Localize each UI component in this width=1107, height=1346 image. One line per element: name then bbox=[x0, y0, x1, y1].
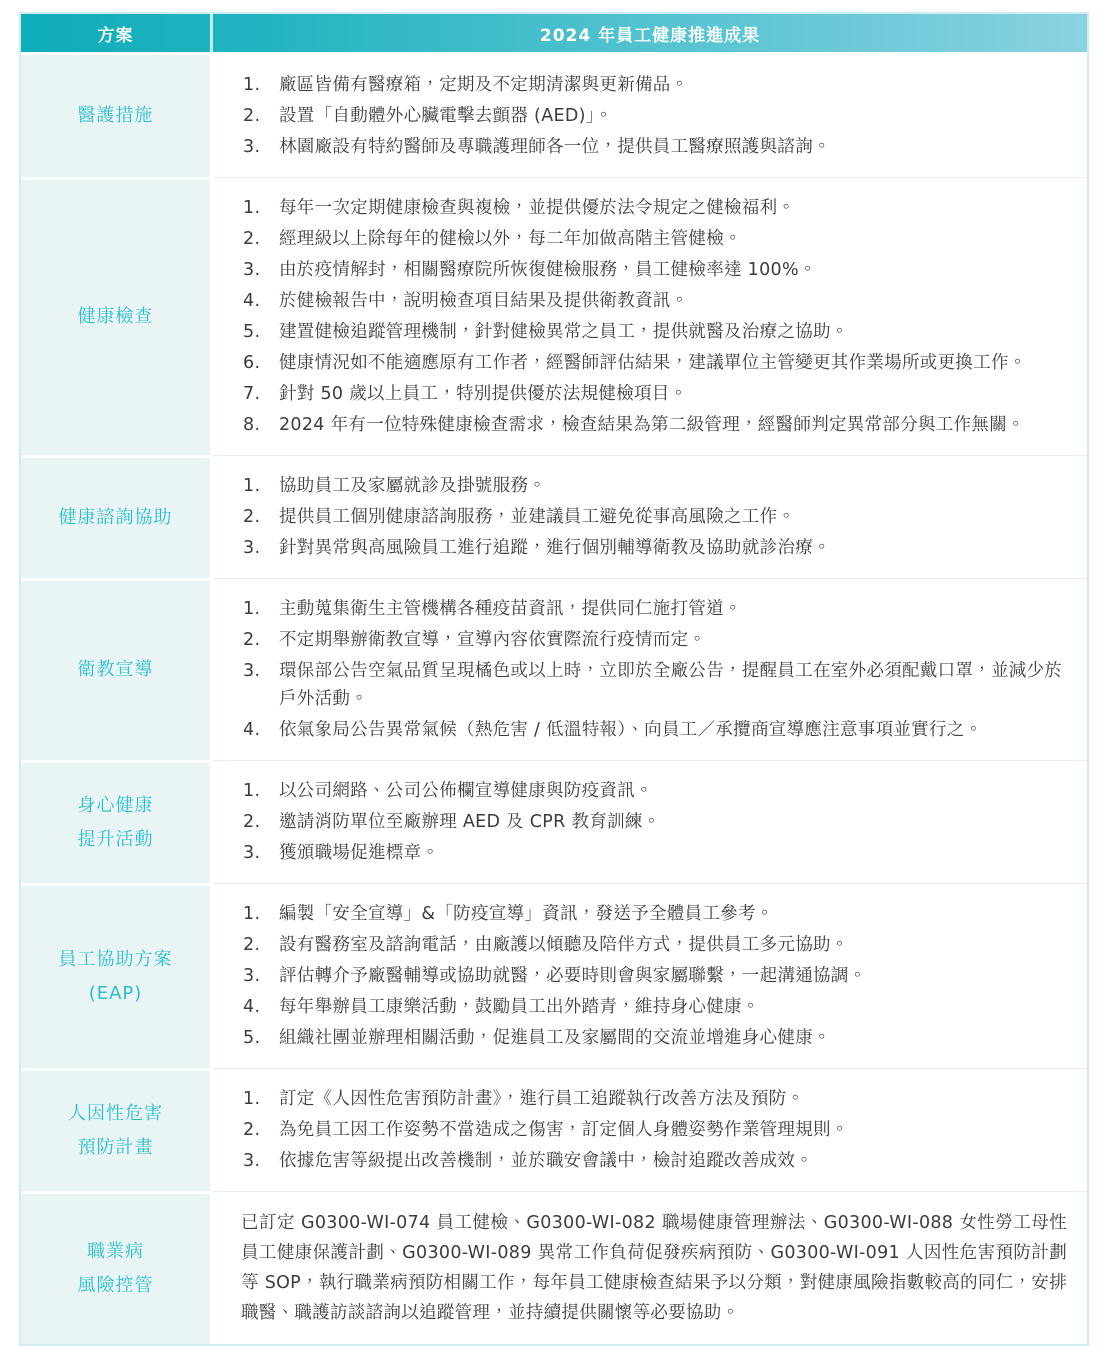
program-label: 衛教宣導 bbox=[78, 653, 154, 687]
header-program: 方案 bbox=[21, 14, 210, 52]
results-list: 訂定《人因性危害預防計畫》，進行員工追蹤執行改善方法及預防。 為免員工因工作姿勢… bbox=[241, 1085, 1067, 1175]
results-cell: 主動蒐集衛生主管機構各種疫苗資訊，提供同仁施打管道。 不定期舉辦衛教宣導，宣導內… bbox=[213, 578, 1087, 760]
result-item: 環保部公告空氣品質呈現橘色或以上時，立即於全廠公告，提醒員工在室外必須配戴口罩，… bbox=[241, 657, 1067, 713]
result-item: 訂定《人因性危害預防計畫》，進行員工追蹤執行改善方法及預防。 bbox=[241, 1085, 1067, 1113]
result-item: 評估轉介予廠醫輔導或協助就醫，必要時則會與家屬聯繫，一起溝通協調。 bbox=[241, 962, 1067, 990]
result-item: 編製「安全宣導」&「防疫宣導」資訊，發送予全體員工參考。 bbox=[241, 900, 1067, 928]
result-item: 設有醫務室及諮詢電話，由廠護以傾聽及陪伴方式，提供員工多元協助。 bbox=[241, 931, 1067, 959]
results-list: 編製「安全宣導」&「防疫宣導」資訊，發送予全體員工參考。 設有醫務室及諮詢電話，… bbox=[241, 900, 1067, 1052]
results-cell: 訂定《人因性危害預防計畫》，進行員工追蹤執行改善方法及預防。 為免員工因工作姿勢… bbox=[213, 1068, 1087, 1191]
results-cell: 編製「安全宣導」&「防疫宣導」資訊，發送予全體員工參考。 設有醫務室及諮詢電話，… bbox=[213, 883, 1087, 1068]
results-list: 廠區皆備有醫療箱，定期及不定期清潔與更新備品。 設置「自動體外心臟電擊去顫器 (… bbox=[241, 71, 1067, 161]
result-item: 組織社團並辦理相關活動，促進員工及家屬間的交流並增進身心健康。 bbox=[241, 1024, 1067, 1052]
health-promotion-table: 方案 2024 年員工健康推進成果 醫護措施 廠區皆備有醫療箱，定期及不定期清潔… bbox=[19, 12, 1089, 1346]
result-item: 健康情況如不能適應原有工作者，經醫師評估結果，建議單位主管變更其作業場所或更換工… bbox=[241, 349, 1067, 377]
result-item: 設置「自動體外心臟電擊去顫器 (AED)」。 bbox=[241, 102, 1067, 130]
result-item: 依氣象局公告異常氣候（熱危害 / 低溫特報）、向員工／承攬商宣導應注意事項並實行… bbox=[241, 716, 1067, 744]
table-row: 人因性危害 預防計畫 訂定《人因性危害預防計畫》，進行員工追蹤執行改善方法及預防… bbox=[21, 1068, 1087, 1191]
result-item: 以公司網路、公司公佈欄宣導健康與防疫資訊。 bbox=[241, 777, 1067, 805]
program-cell: 健康檢查 bbox=[21, 177, 210, 455]
result-item: 經理級以上除每年的健檢以外，每二年加做高階主管健檢。 bbox=[241, 225, 1067, 253]
result-item: 針對 50 歲以上員工，特別提供優於法規健檢項目。 bbox=[241, 380, 1067, 408]
results-list: 協助員工及家屬就診及掛號服務。 提供員工個別健康諮詢服務，並建議員工避免從事高風… bbox=[241, 472, 1067, 562]
result-item: 主動蒐集衛生主管機構各種疫苗資訊，提供同仁施打管道。 bbox=[241, 595, 1067, 623]
results-cell: 每年一次定期健康檢查與複檢，並提供優於法令規定之健檢福利。 經理級以上除每年的健… bbox=[213, 177, 1087, 455]
table-row: 員工協助方案 (EAP) 編製「安全宣導」&「防疫宣導」資訊，發送予全體員工參考… bbox=[21, 883, 1087, 1068]
result-item: 提供員工個別健康諮詢服務，並建議員工避免從事高風險之工作。 bbox=[241, 503, 1067, 531]
table-row: 健康諮詢協助 協助員工及家屬就診及掛號服務。 提供員工個別健康諮詢服務，並建議員… bbox=[21, 455, 1087, 578]
program-cell: 職業病 風險控管 bbox=[21, 1191, 210, 1344]
header-column-divider bbox=[210, 14, 213, 52]
program-label: 人因性危害 預防計畫 bbox=[68, 1097, 163, 1165]
result-item: 不定期舉辦衛教宣導，宣導內容依實際流行疫情而定。 bbox=[241, 626, 1067, 654]
results-list: 每年一次定期健康檢查與複檢，並提供優於法令規定之健檢福利。 經理級以上除每年的健… bbox=[241, 194, 1067, 439]
results-list: 主動蒐集衛生主管機構各種疫苗資訊，提供同仁施打管道。 不定期舉辦衛教宣導，宣導內… bbox=[241, 595, 1067, 744]
result-item: 2024 年有一位特殊健康檢查需求，檢查結果為第二級管理，經醫師判定異常部分與工… bbox=[241, 411, 1067, 439]
result-item: 建置健檢追蹤管理機制，針對健檢異常之員工，提供就醫及治療之協助。 bbox=[241, 318, 1067, 346]
program-label: 醫護措施 bbox=[78, 99, 154, 133]
program-label: 職業病 風險控管 bbox=[78, 1235, 154, 1303]
program-label: 員工協助方案 (EAP) bbox=[59, 943, 173, 1011]
result-item: 林園廠設有特約醫師及專職護理師各一位，提供員工醫療照護與諮詢。 bbox=[241, 133, 1067, 161]
table-row: 健康檢查 每年一次定期健康檢查與複檢，並提供優於法令規定之健檢福利。 經理級以上… bbox=[21, 177, 1087, 455]
results-cell: 協助員工及家屬就診及掛號服務。 提供員工個別健康諮詢服務，並建議員工避免從事高風… bbox=[213, 455, 1087, 578]
result-paragraph: 已訂定 G0300-WI-074 員工健檢、G0300-WI-082 職場健康管… bbox=[241, 1208, 1067, 1328]
program-cell: 人因性危害 預防計畫 bbox=[21, 1068, 210, 1191]
program-label: 健康檢查 bbox=[78, 300, 154, 334]
program-cell: 衛教宣導 bbox=[21, 578, 210, 760]
table-row: 身心健康 提升活動 以公司網路、公司公佈欄宣導健康與防疫資訊。 邀請消防單位至廠… bbox=[21, 760, 1087, 883]
result-item: 依據危害等級提出改善機制，並於職安會議中，檢討追蹤改善成效。 bbox=[241, 1147, 1067, 1175]
program-label: 身心健康 提升活動 bbox=[78, 789, 154, 857]
result-item: 於健檢報告中，說明檢查項目結果及提供衛教資訊。 bbox=[241, 287, 1067, 315]
program-label: 健康諮詢協助 bbox=[59, 501, 173, 535]
table-row: 職業病 風險控管 已訂定 G0300-WI-074 員工健檢、G0300-WI-… bbox=[21, 1191, 1087, 1344]
program-cell: 員工協助方案 (EAP) bbox=[21, 883, 210, 1068]
program-cell: 健康諮詢協助 bbox=[21, 455, 210, 578]
header-results: 2024 年員工健康推進成果 bbox=[213, 14, 1087, 52]
results-list: 以公司網路、公司公佈欄宣導健康與防疫資訊。 邀請消防單位至廠辦理 AED 及 C… bbox=[241, 777, 1067, 867]
result-item: 協助員工及家屬就診及掛號服務。 bbox=[241, 472, 1067, 500]
results-cell: 以公司網路、公司公佈欄宣導健康與防疫資訊。 邀請消防單位至廠辦理 AED 及 C… bbox=[213, 760, 1087, 883]
result-item: 廠區皆備有醫療箱，定期及不定期清潔與更新備品。 bbox=[241, 71, 1067, 99]
results-cell: 已訂定 G0300-WI-074 員工健檢、G0300-WI-082 職場健康管… bbox=[213, 1191, 1087, 1344]
program-cell: 身心健康 提升活動 bbox=[21, 760, 210, 883]
program-cell: 醫護措施 bbox=[21, 55, 210, 177]
result-item: 每年一次定期健康檢查與複檢，並提供優於法令規定之健檢福利。 bbox=[241, 194, 1067, 222]
results-cell: 廠區皆備有醫療箱，定期及不定期清潔與更新備品。 設置「自動體外心臟電擊去顫器 (… bbox=[213, 55, 1087, 177]
result-item: 每年舉辦員工康樂活動，鼓勵員工出外踏青，維持身心健康。 bbox=[241, 993, 1067, 1021]
table-header-row: 方案 2024 年員工健康推進成果 bbox=[21, 14, 1087, 52]
table-row: 衛教宣導 主動蒐集衛生主管機構各種疫苗資訊，提供同仁施打管道。 不定期舉辦衛教宣… bbox=[21, 578, 1087, 760]
table-row: 醫護措施 廠區皆備有醫療箱，定期及不定期清潔與更新備品。 設置「自動體外心臟電擊… bbox=[21, 55, 1087, 177]
result-item: 由於疫情解封，相關醫療院所恢復健檢服務，員工健檢率達 100%。 bbox=[241, 256, 1067, 284]
result-item: 獲頒職場促進標章。 bbox=[241, 839, 1067, 867]
result-item: 邀請消防單位至廠辦理 AED 及 CPR 教育訓練。 bbox=[241, 808, 1067, 836]
result-item: 為免員工因工作姿勢不當造成之傷害，訂定個人身體姿勢作業管理規則。 bbox=[241, 1116, 1067, 1144]
result-item: 針對異常與高風險員工進行追蹤，進行個別輔導衛教及協助就診治療。 bbox=[241, 534, 1067, 562]
